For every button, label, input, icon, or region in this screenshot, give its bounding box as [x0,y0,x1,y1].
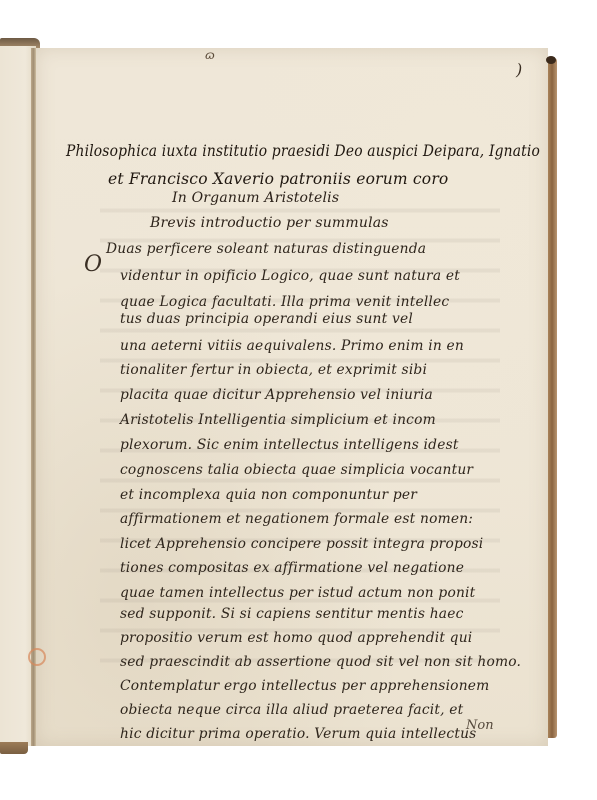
body-line: Duas perficere soleant naturas distingue… [106,241,426,257]
body-line: videntur in opificio Logico, quae sunt n… [120,268,460,284]
body-line: obiecta neque circa illa aliud praeterea… [120,702,463,718]
heading-line-4: Brevis introductio per summulas [150,215,389,231]
body-line: placita quae dicitur Apprehensio vel ini… [120,387,433,403]
heading-line-1: Philosophica iuxta institutio praesidi D… [66,142,540,160]
body-line: plexorum. Sic enim intellectus intellige… [120,437,459,453]
binding-thread [28,648,46,666]
body-line: tus duas principia operandi eius sunt ve… [120,311,413,327]
binding-fore-edge [548,58,557,738]
body-line: tionaliter fertur in obiecta, et exprimi… [120,362,427,378]
body-line: una aeterni vitiis aequivalens. Primo en… [120,338,464,354]
body-line: hic dicitur prima operatio. Verum quia i… [120,726,476,742]
heading-line-3: In Organum Aristotelis [172,190,339,206]
body-line: et incomplexa quia non componuntur per [120,487,417,503]
heading-line-2: et Francisco Xaverio patroniis eorum cor… [108,170,448,188]
body-line: affirmationem et negationem formale est … [120,511,473,527]
body-line: propositio verum est homo quod apprehend… [120,630,472,646]
body-line: Aristotelis Intelligentia simplicium et … [120,412,436,428]
binding-corner [546,56,556,64]
binding-cover-bottom [0,742,28,754]
body-line: sed supponit. Si si capiens sentitur men… [120,606,464,622]
page-gutter [31,48,36,746]
top-mark: ɷ [205,48,215,62]
body-line: licet Apprehensio concipere possit integ… [120,536,483,552]
body-line: Contemplatur ergo intellectus per appreh… [120,678,489,694]
body-line: cognoscens talia obiecta quae simplicia … [120,462,473,478]
body-line: quae Logica facultati. Illa prima venit … [120,294,449,310]
manuscript-photo: ɷ ) Philosophica iuxta institutio praesi… [0,0,597,800]
folio-mark: ) [516,60,522,79]
catchword: Non [466,718,494,733]
initial-letter: O [84,252,102,277]
body-line: quae tamen intellectus per istud actum n… [120,585,475,601]
body-line: sed praescindit ab assertione quod sit v… [120,654,521,670]
body-line: tiones compositas ex affirmatione vel ne… [120,560,464,576]
